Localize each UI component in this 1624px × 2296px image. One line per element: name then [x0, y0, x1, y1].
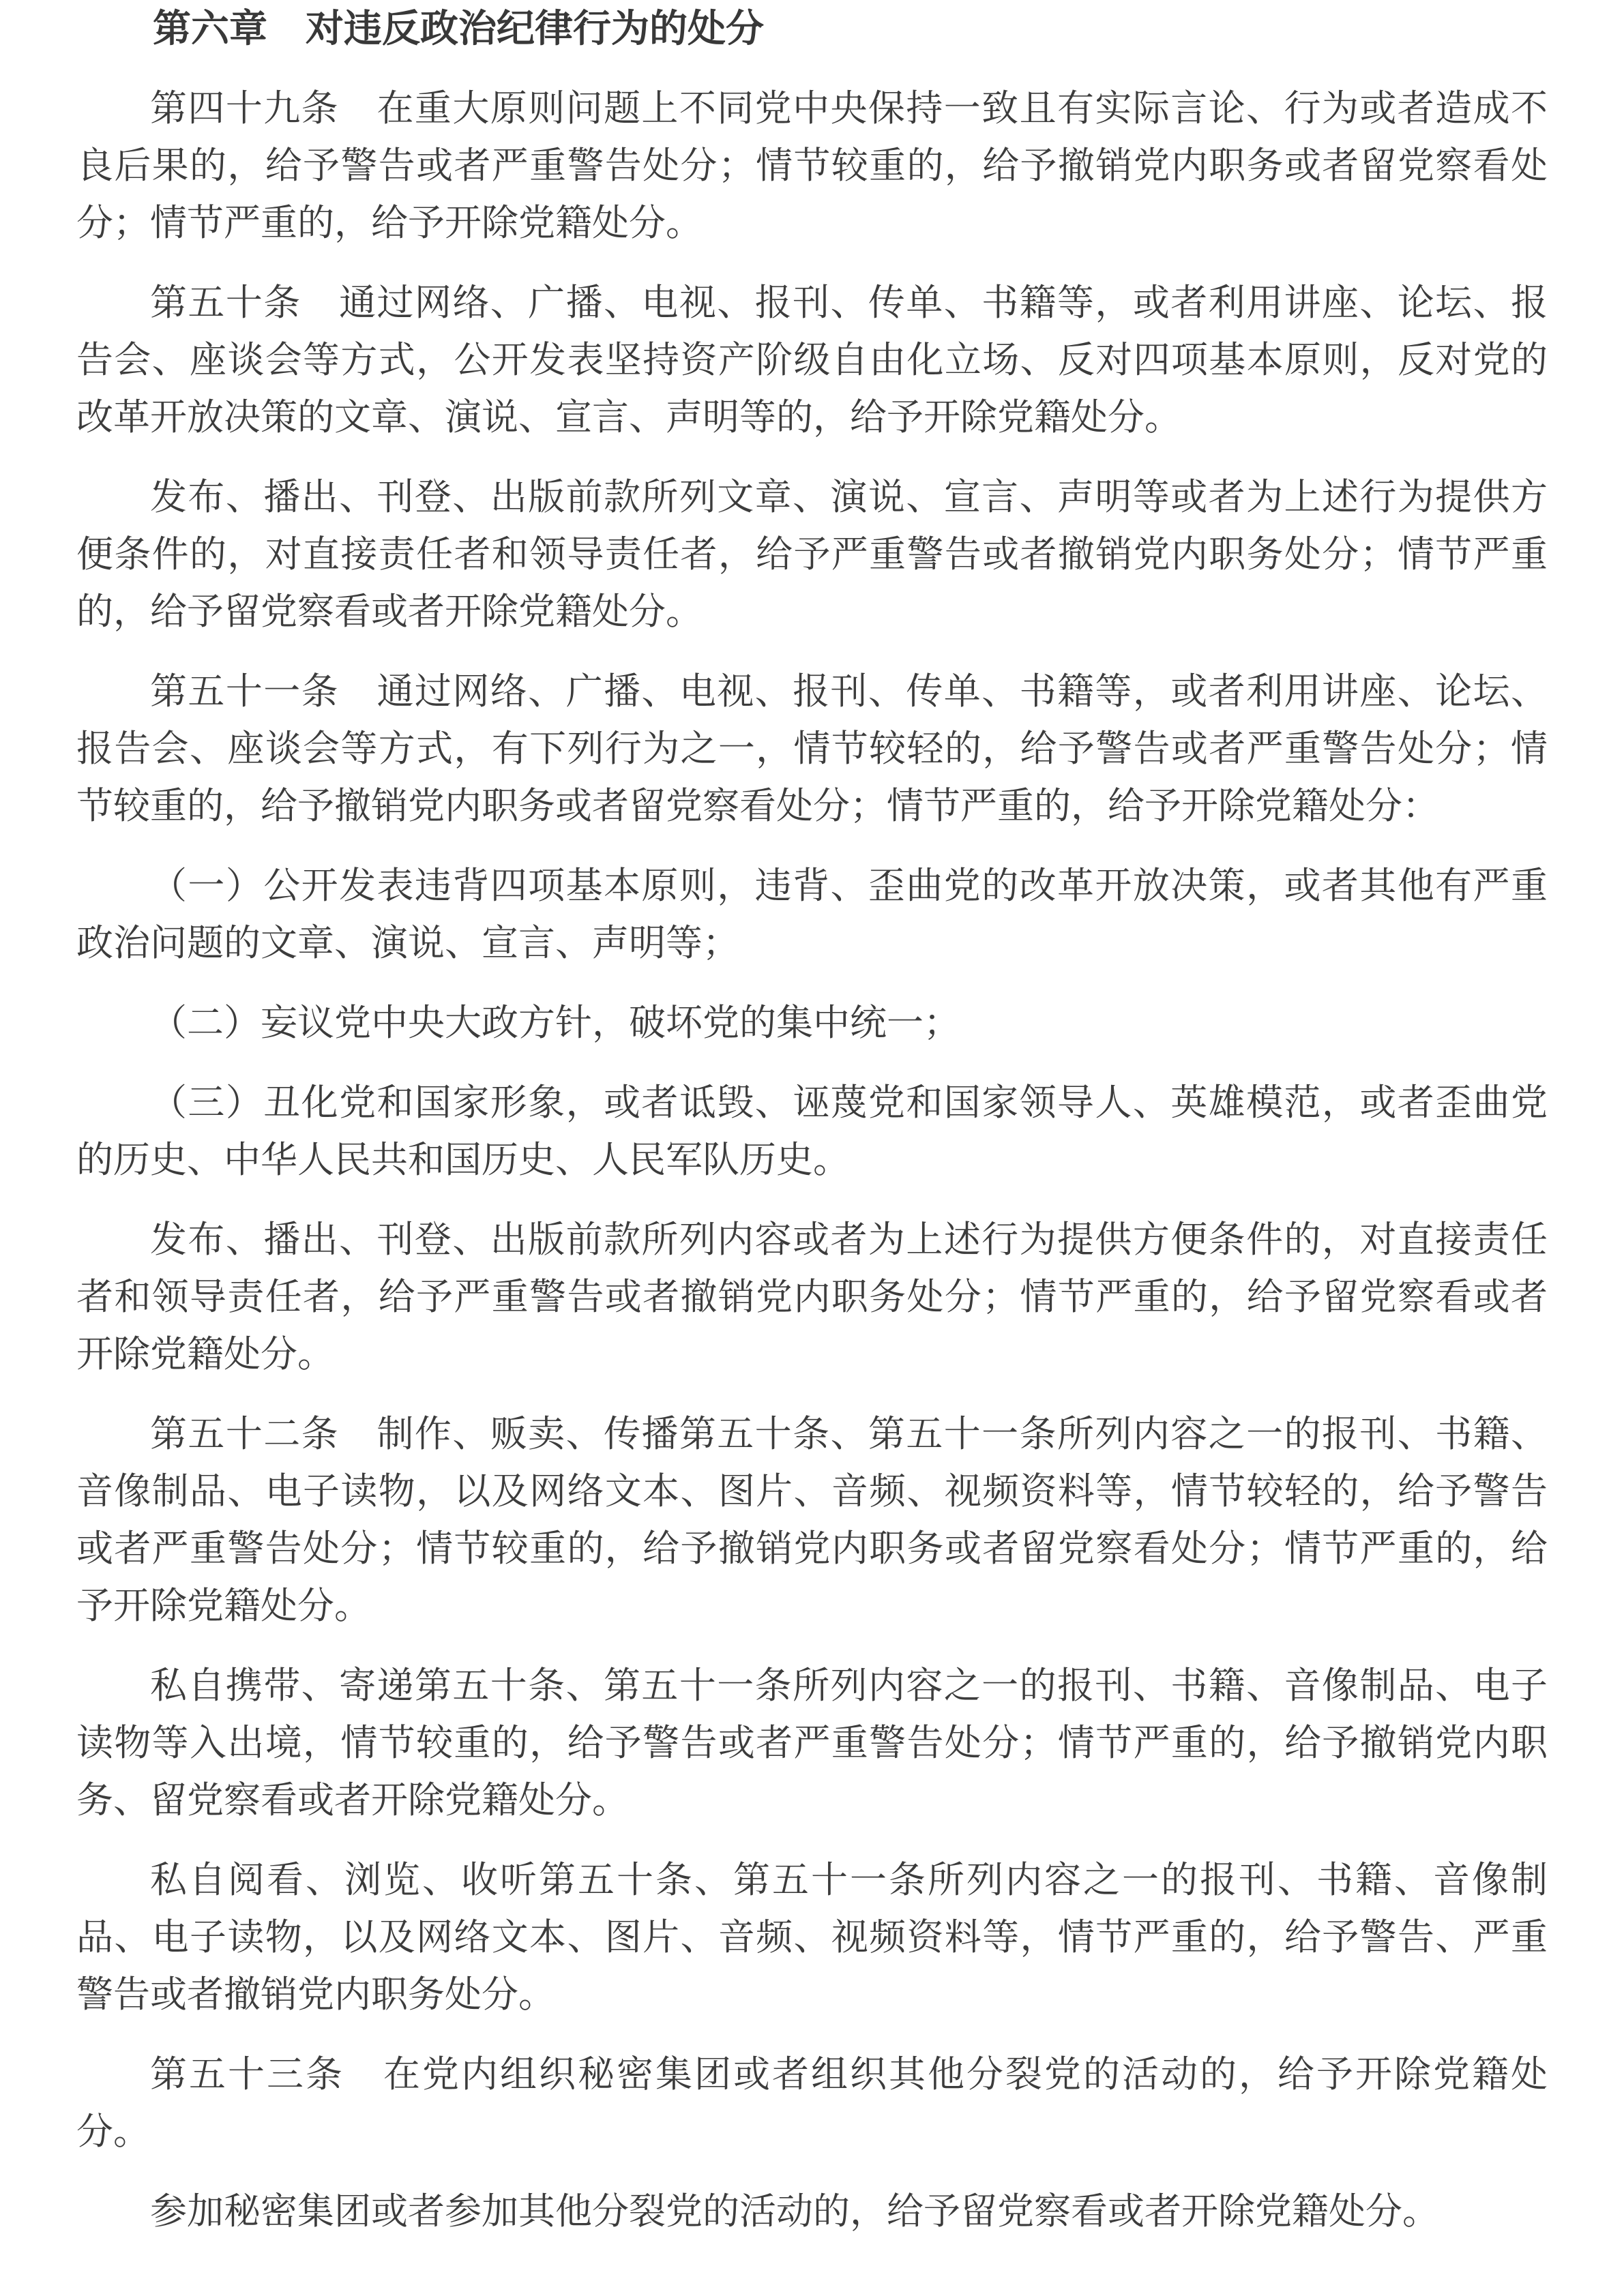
article-53-paragraph-1: 第五十三条 在党内组织秘密集团或者组织其他分裂党的活动的，给予开除党籍处分。: [76, 2046, 1548, 2160]
article-50-paragraph-1: 第五十条 通过网络、广播、电视、报刊、传单、书籍等，或者利用讲座、论坛、报告会、…: [76, 274, 1548, 446]
article-51-intro: 第五十一条 通过网络、广播、电视、报刊、传单、书籍等，或者利用讲座、论坛、报告会…: [76, 663, 1548, 835]
article-51-item-1: （一）公开发表违背四项基本原则，违背、歪曲党的改革开放决策，或者其他有严重政治问…: [76, 857, 1548, 972]
chapter-heading: 第六章 对违反政治纪律行为的处分: [76, 0, 1548, 57]
article-49-paragraph: 第四十九条 在重大原则问题上不同党中央保持一致且有实际言论、行为或者造成不良后果…: [76, 80, 1548, 252]
document-page: 第六章 对违反政治纪律行为的处分 第四十九条 在重大原则问题上不同党中央保持一致…: [0, 0, 1624, 2296]
article-51-liability: 发布、播出、刊登、出版前款所列内容或者为上述行为提供方便条件的，对直接责任者和领…: [76, 1211, 1548, 1383]
article-50-paragraph-2: 发布、播出、刊登、出版前款所列文章、演说、宣言、声明等或者为上述行为提供方便条件…: [76, 468, 1548, 640]
article-51-item-3: （三）丑化党和国家形象，或者诋毁、诬蔑党和国家领导人、英雄模范，或者歪曲党的历史…: [76, 1074, 1548, 1189]
article-53-paragraph-2: 参加秘密集团或者参加其他分裂党的活动的，给予留党察看或者开除党籍处分。: [76, 2183, 1548, 2240]
article-52-paragraph-3: 私自阅看、浏览、收听第五十条、第五十一条所列内容之一的报刊、书籍、音像制品、电子…: [76, 1851, 1548, 2023]
article-52-paragraph-2: 私自携带、寄递第五十条、第五十一条所列内容之一的报刊、书籍、音像制品、电子读物等…: [76, 1657, 1548, 1829]
article-51-item-2: （二）妄议党中央大政方针，破坏党的集中统一；: [76, 994, 1548, 1052]
article-52-paragraph-1: 第五十二条 制作、贩卖、传播第五十条、第五十一条所列内容之一的报刊、书籍、音像制…: [76, 1405, 1548, 1635]
